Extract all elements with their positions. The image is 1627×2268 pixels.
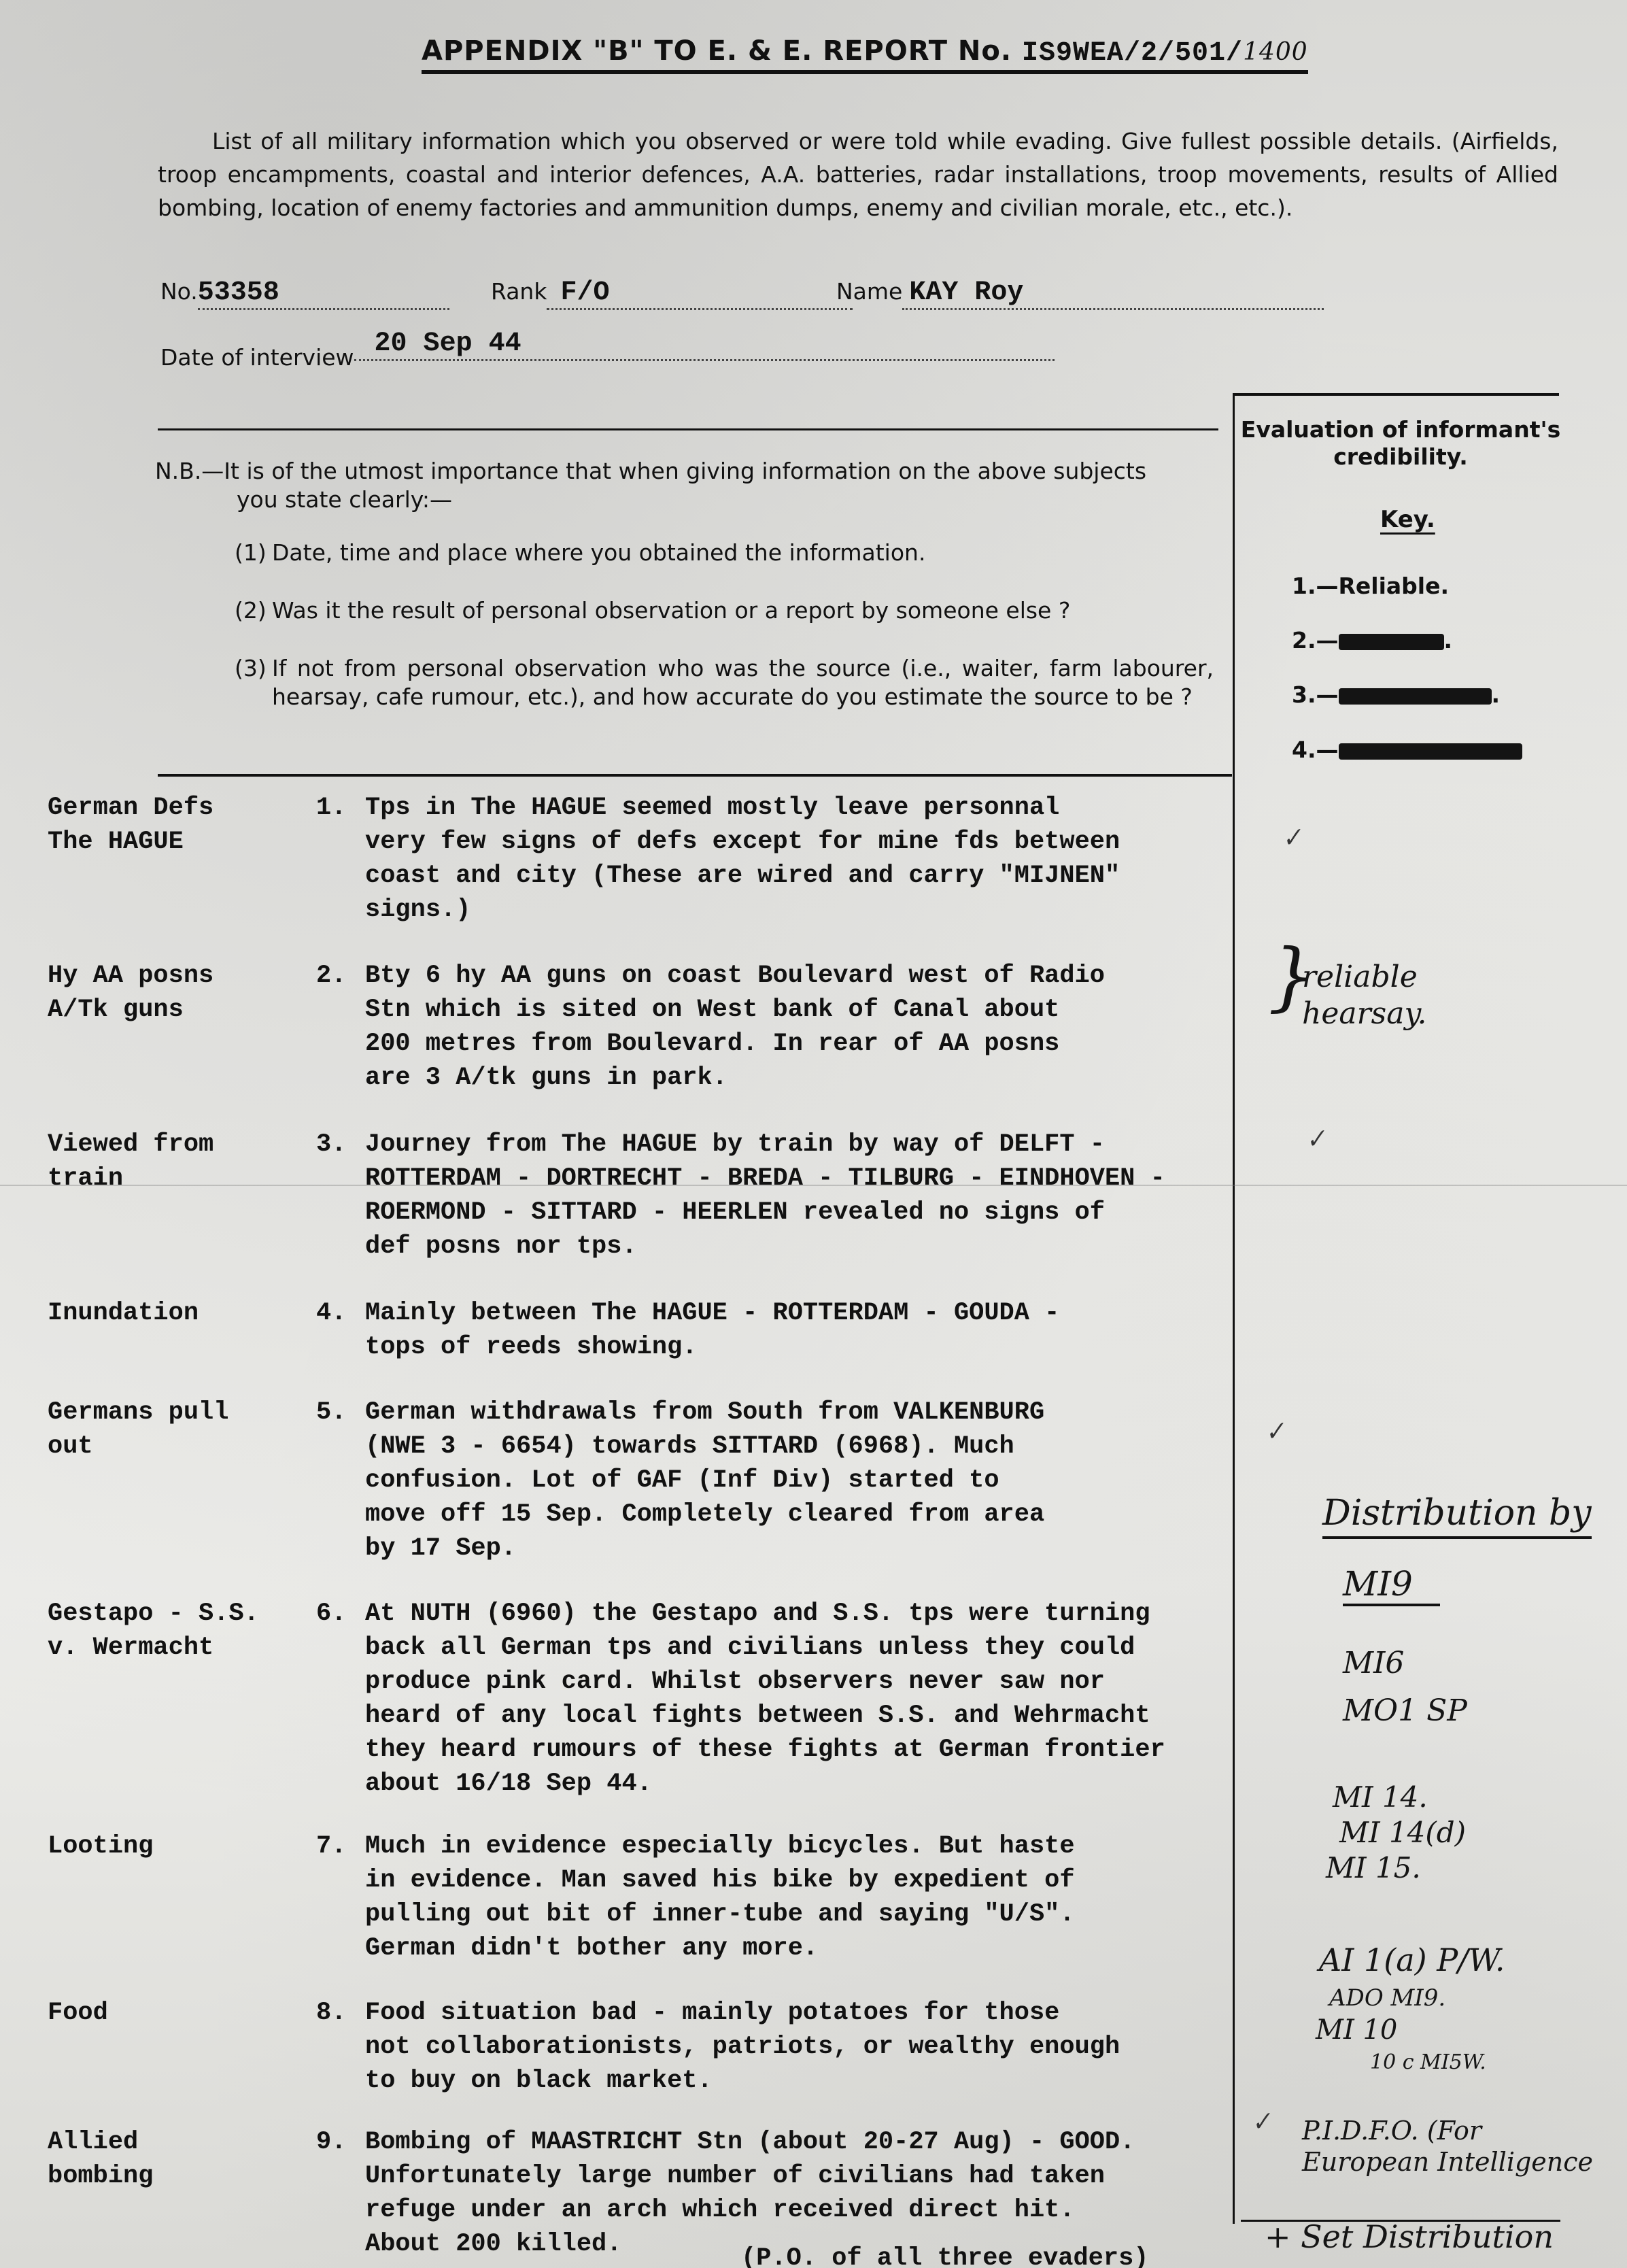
- entry-4: 4.Mainly between The HAGUE - ROTTERDAM -…: [316, 1296, 1254, 1364]
- entry-text: Tps in The HAGUE seemed mostly leave per…: [316, 791, 1254, 927]
- redaction-bar: [1339, 743, 1522, 760]
- divider-entries: [158, 774, 1232, 777]
- nb-lead: N.B.—It is of the utmost importance that…: [155, 458, 1146, 484]
- entry-6: 6.At NUTH (6960) the Gestapo and S.S. tp…: [316, 1597, 1295, 1801]
- entry-9: 9.Bombing of MAASTRICHT Stn (about 20-27…: [316, 2125, 1254, 2261]
- paper-fold-line: [0, 1185, 1627, 1186]
- topic-4: Inundation: [48, 1296, 272, 1330]
- key-item-redacted-2: 2.—.: [1292, 627, 1452, 654]
- entry-text: Food situation bad - mainly potatoes for…: [316, 1996, 1254, 2098]
- nb-item-num: (2): [235, 596, 267, 625]
- check-mark-icon: ✓: [1280, 823, 1305, 854]
- entry-7: 7.Much in evidence especially bicycles. …: [316, 1829, 1254, 1965]
- key-item-redacted-3: 3.—.: [1292, 681, 1500, 708]
- entry-text: Bombing of MAASTRICHT Stn (about 20-27 A…: [316, 2125, 1254, 2261]
- entry-1: 1.Tps in The HAGUE seemed mostly leave p…: [316, 791, 1254, 927]
- set-distribution-note: + Set Distribution: [1265, 2218, 1554, 2255]
- redaction-bar: [1339, 634, 1444, 650]
- topic-1: German Defs The HAGUE: [48, 791, 272, 859]
- entry-3: 3.Journey from The HAGUE by train by way…: [316, 1128, 1254, 1264]
- divider-top: [158, 428, 1218, 430]
- name-label: Name: [836, 278, 902, 305]
- entry-number: 2.: [316, 959, 346, 993]
- pidfo-note: P.I.D.F.O. (For European Intelligence: [1302, 2115, 1601, 2178]
- distribution-item: MI 14.: [1333, 1780, 1428, 1814]
- check-mark-icon: ✓: [1303, 1124, 1329, 1155]
- document-page: APPENDIX "B" TO E. & E. REPORT No. IS9WE…: [0, 0, 1627, 2268]
- entry-text: Bty 6 hy AA guns on coast Boulevard west…: [316, 959, 1254, 1095]
- nb-lead-cont: you state clearly:—: [155, 486, 1216, 514]
- distribution-heading: Distribution by: [1322, 1493, 1592, 1539]
- distribution-item: MI9: [1343, 1564, 1440, 1606]
- distribution-item: MI 14(d): [1339, 1816, 1466, 1849]
- distribution-item: 10 c MI5W.: [1370, 2050, 1486, 2074]
- number-value: 53358: [198, 277, 449, 310]
- nb-item-3: (3) If not from personal observation who…: [235, 654, 1214, 711]
- evaders-note: (P.O. of all three evaders): [741, 2244, 1149, 2268]
- entry-text: Mainly between The HAGUE - ROTTERDAM - G…: [316, 1296, 1254, 1364]
- key-title: Key.: [1380, 506, 1435, 533]
- entry-number: 6.: [316, 1597, 346, 1631]
- entry-number: 8.: [316, 1996, 346, 2030]
- key-num: 4.—: [1292, 737, 1339, 763]
- date-label: Date of interview: [160, 344, 354, 371]
- entry-number: 9.: [316, 2125, 346, 2159]
- number-field: No.53358: [160, 277, 449, 310]
- distribution-item: MI 10: [1316, 2014, 1397, 2046]
- entry-text: Much in evidence especially bicycles. Bu…: [316, 1829, 1254, 1965]
- key-item-reliable: 1.—Reliable.: [1292, 573, 1449, 599]
- number-label: No.: [160, 278, 198, 305]
- topic-9: Allied bombing: [48, 2125, 272, 2193]
- topic-2: Hy AA posns A/Tk guns: [48, 959, 272, 1027]
- name-value: KAY Roy: [902, 277, 1324, 310]
- nb-item-num: (1): [235, 539, 267, 567]
- key-num: 3.—: [1292, 681, 1339, 708]
- evaluation-heading: Evaluation of informant's credibility.: [1231, 416, 1571, 471]
- distribution-item: MI6: [1343, 1646, 1404, 1680]
- nb-item-text: If not from personal observation who was…: [235, 654, 1214, 711]
- topic-7: Looting: [48, 1829, 272, 1863]
- name-field: NameKAY Roy: [836, 277, 1324, 310]
- nb-note: N.B.—It is of the utmost importance that…: [155, 457, 1216, 514]
- entry-number: 1.: [316, 791, 346, 825]
- entry-number: 3.: [316, 1128, 346, 1162]
- report-ref-handwritten: 1400: [1243, 38, 1308, 66]
- rank-field: RankF/O: [491, 277, 853, 310]
- title-prefix: APPENDIX "B" TO E. & E. REPORT No.: [422, 35, 1012, 67]
- distribution-item: MI 15.: [1326, 1851, 1421, 1884]
- nb-item-text: Was it the result of personal observatio…: [235, 596, 1214, 625]
- nb-item-2: (2) Was it the result of personal observ…: [235, 596, 1214, 625]
- entry-text: German withdrawals from South from VALKE…: [316, 1395, 1254, 1565]
- topic-8: Food: [48, 1996, 272, 2030]
- key-num: 1.—: [1292, 573, 1339, 599]
- rank-value: F/O: [547, 277, 853, 310]
- nb-item-text: Date, time and place where you obtained …: [235, 539, 1214, 567]
- intro-instructions: List of all military information which y…: [158, 124, 1558, 224]
- key-num: 2.—: [1292, 627, 1339, 654]
- topic-6: Gestapo - S.S. v. Wermacht: [48, 1597, 272, 1665]
- report-ref-typed: IS9WEA/2/501/: [1022, 38, 1243, 69]
- entry-2: 2.Bty 6 hy AA guns on coast Boulevard we…: [316, 959, 1254, 1095]
- key-item-redacted-4: 4.—: [1292, 737, 1522, 763]
- check-mark-icon: ✓: [1249, 2107, 1274, 2138]
- entry-number: 7.: [316, 1829, 346, 1863]
- rank-label: Rank: [491, 278, 547, 305]
- nb-item-1: (1) Date, time and place where you obtai…: [235, 539, 1214, 567]
- eval-box-top: [1233, 393, 1559, 396]
- entry-5: 5.German withdrawals from South from VAL…: [316, 1395, 1254, 1565]
- key-label: Reliable.: [1339, 573, 1450, 599]
- entry-number: 4.: [316, 1296, 346, 1330]
- entry-8: 8.Food situation bad - mainly potatoes f…: [316, 1996, 1254, 2098]
- date-value: 20 Sep 44: [354, 328, 1055, 361]
- entry-text: Journey from The HAGUE by train by way o…: [316, 1128, 1254, 1264]
- nb-item-num: (3): [235, 654, 267, 683]
- entry-text: At NUTH (6960) the Gestapo and S.S. tps …: [316, 1597, 1295, 1801]
- distribution-item: MO1 SP: [1343, 1693, 1467, 1728]
- redaction-bar: [1339, 688, 1492, 705]
- distribution-item: ADO MI9.: [1329, 1984, 1445, 2012]
- distribution-item: AI 1(a) P/W.: [1319, 1942, 1505, 1978]
- appendix-title: APPENDIX "B" TO E. & E. REPORT No. IS9WE…: [422, 35, 1308, 74]
- reliable-hearsay-note: reliable hearsay.: [1302, 959, 1520, 1032]
- date-field: Date of interview20 Sep 44: [160, 343, 1055, 376]
- check-mark-icon: ✓: [1263, 1417, 1288, 1448]
- entry-number: 5.: [316, 1395, 346, 1429]
- topic-5: Germans pull out: [48, 1395, 272, 1463]
